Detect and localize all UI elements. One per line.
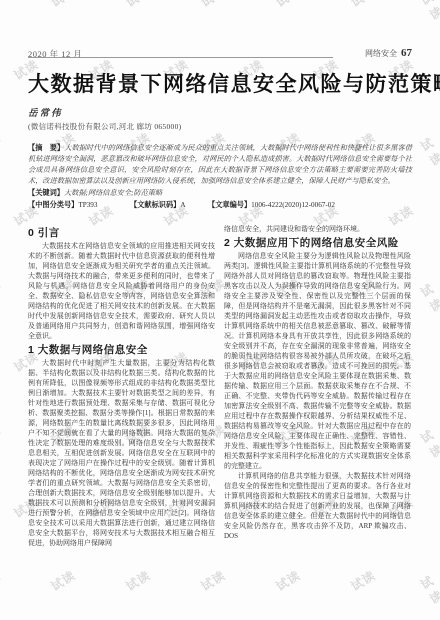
article-id: 【文章编号】1006-4222(2020)12-0067-02	[208, 200, 335, 211]
author-affiliation: (微信诺科技股份有限公司,河北 廊坊 065000)	[28, 121, 412, 132]
article-body: 0 引言 大数据技术在网络信息安全领域的应用推进相关网安技术的不断创新。随着大数…	[28, 224, 412, 548]
paragraph-section2a: 网络信息安全风险主要分为逻辑性风险以及物理性风险两类[3]。逻辑性风险主要指计算…	[224, 251, 411, 471]
page-number: 67	[401, 47, 412, 59]
header-rule	[28, 57, 333, 58]
abstract-block: 【摘 要】大数据时代中的网络信息安全逐渐成为民众的重点关注领域，大数据时代中网络…	[28, 143, 412, 187]
section-heading-1: 1 大数据与网络信息安全	[28, 343, 215, 357]
document-code: 【文献标识码】A	[130, 200, 208, 211]
paragraph-intro: 大数据技术在网络信息安全领域的应用推进相关网安技术的不断创新。随着大数据时代中信…	[28, 241, 215, 341]
keywords-text: 大数据;网络信息安全;防范策略	[64, 189, 162, 197]
clc-number: 【中图分类号】TP393	[28, 200, 130, 211]
paragraph-section1: 大数据时代中时刻产生大量数据，主要分为结构化数据、半结构化数据以及非结构化数据三…	[28, 358, 215, 548]
left-column: 0 引言 大数据技术在网络信息安全领域的应用推进相关网安技术的不断创新。随着大数…	[28, 224, 215, 548]
keywords-block: 【关键词】大数据;网络信息安全;防范策略	[28, 188, 412, 199]
running-head: 网络安全67	[365, 47, 412, 59]
paragraph-section1-continued: 络信息安全，共同建设和谐安全的网络环境。	[224, 224, 411, 234]
journal-page: 试读试读试读试读试读试读试读试读试读试读试读试读试读试读试读试读试读试读试读试读…	[0, 0, 440, 620]
author-name: 岳常伟	[28, 105, 412, 119]
paragraph-section2b: 计算机网络的信息共享能力很强，大数据技术针对网络信息安全的保密性和完整性提出了更…	[224, 471, 411, 541]
abstract-label: 【摘 要】	[28, 144, 64, 152]
section-heading-0: 0 引言	[28, 226, 215, 240]
page-content: 2020 年 12 月 网络安全67 大数据背景下网络信息安全风险与防范策略 岳…	[0, 0, 440, 620]
right-column: 络信息安全，共同建设和谐安全的网络环境。 2 大数据应用下的网络信息安全风险 网…	[224, 224, 411, 548]
meta-row: 【中图分类号】TP393 【文献标识码】A 【文章编号】1006-4222(20…	[28, 200, 412, 211]
section-heading-2: 2 大数据应用下的网络信息安全风险	[224, 236, 411, 250]
keywords-label: 【关键词】	[28, 189, 64, 197]
abstract-text: 大数据时代中的网络信息安全逐渐成为民众的重点关注领域，大数据时代中网络便利性和快…	[28, 144, 412, 185]
page-header: 2020 年 12 月 网络安全67	[28, 44, 412, 60]
section-name: 网络安全	[365, 49, 397, 58]
article-title: 大数据背景下网络信息安全风险与防范策略	[28, 72, 412, 98]
